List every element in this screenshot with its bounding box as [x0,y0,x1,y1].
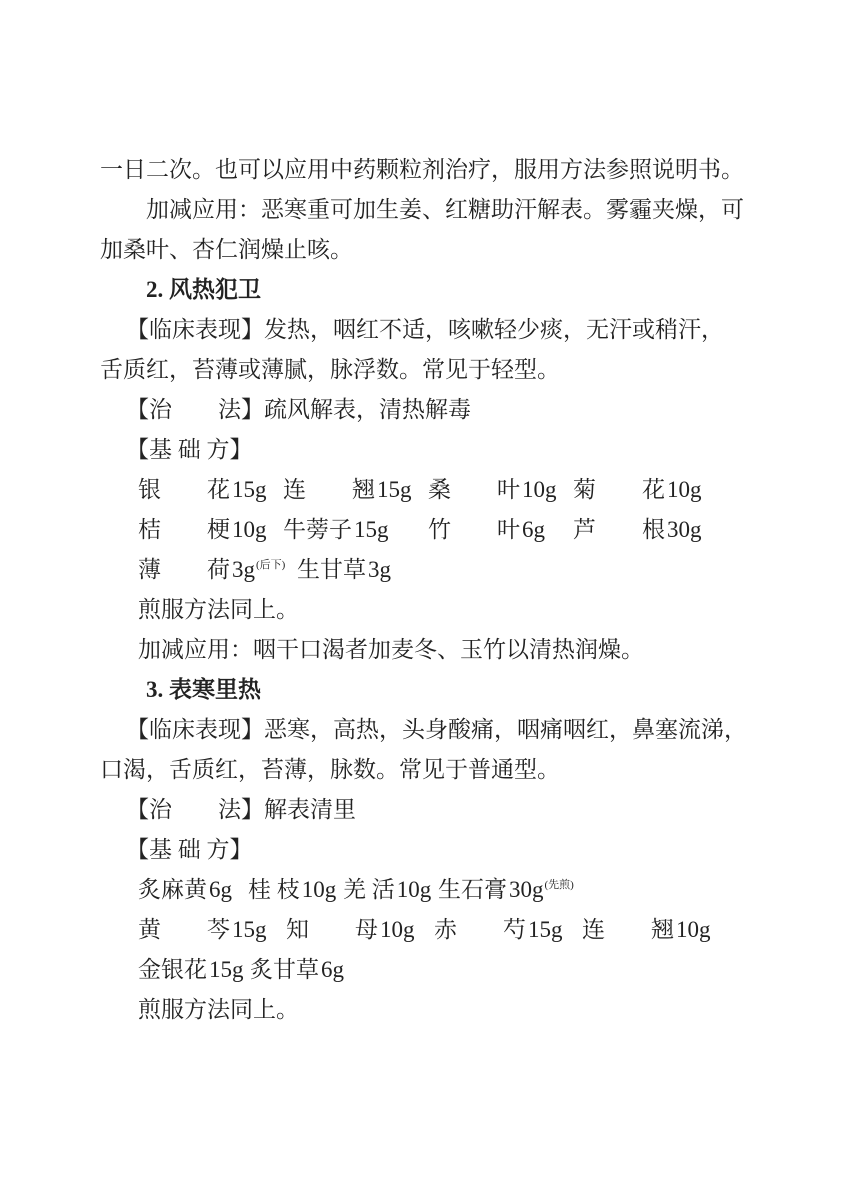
herb-cell: 薄 荷3g(后下) [138,550,297,594]
modification-note-line-1: 加减应用：恶寒重可加生姜、红糖助汗解表。雾霾夹燥，可 [100,190,752,230]
herb-name: 牛蒡子 [283,517,352,542]
section-2-treatment-line: 【治 法】疏风解表，清热解毒 [100,390,752,430]
herb-name: 炙甘草 [250,957,319,982]
herb-name: 银 花 [138,477,230,502]
herb-dose: 15g [528,917,563,942]
herb-row: 桔 梗10g 牛蒡子15g 竹 叶6g 芦 根30g [100,510,752,550]
herb-cell: 连 翘10g [582,910,711,950]
herb-name: 桂 枝 [248,877,300,902]
herb-name: 炙麻黄 [138,877,207,902]
herb-name: 桔 梗 [138,517,230,542]
section-3-clinical-line-2: 口渴，舌质红，苔薄，脉数。常见于普通型。 [100,750,752,790]
herb-cell: 炙甘草6g [250,950,344,990]
herb-note-superscript: (先煎) [545,879,574,891]
herb-cell: 竹 叶6g [428,510,573,550]
herb-name: 菊 花 [573,477,665,502]
section-3-clinical-line-1: 【临床表现】恶寒，高热，头身酸痛，咽痛咽红，鼻塞流涕， [100,710,752,750]
herb-cell: 桂 枝10g [248,870,343,910]
herb-cell: 炙麻黄6g [138,870,248,910]
herb-name: 连 翘 [582,917,674,942]
document-page: 一日二次。也可以应用中药颗粒剂治疗，服用方法参照说明书。 加减应用：恶寒重可加生… [0,0,850,1202]
herb-cell: 连 翘15g [283,470,428,510]
herb-cell: 赤 芍15g [434,910,582,950]
herb-cell: 银 花15g [138,470,283,510]
herb-dose: 30g [509,877,544,902]
herb-dose: 6g [522,517,545,542]
herb-dose: 10g [380,917,415,942]
herb-name: 生石膏 [438,877,507,902]
herb-name: 桑 叶 [428,477,520,502]
document-body: 一日二次。也可以应用中药颗粒剂治疗，服用方法参照说明书。 加减应用：恶寒重可加生… [100,150,752,1030]
herb-dose: 10g [676,917,711,942]
herb-dose: 10g [397,877,432,902]
herb-dose: 15g [232,917,267,942]
herb-dose: 6g [209,877,232,902]
section-2-base-formula-label: 【基 础 方】 [100,430,752,470]
herb-dose: 10g [232,517,267,542]
section-3-treatment-line: 【治 法】解表清里 [100,790,752,830]
herb-dose: 10g [302,877,337,902]
section-2-decoction-note: 煎服方法同上。 [100,590,752,630]
herb-row: 炙麻黄6g 桂 枝10g 羌 活10g 生石膏30g(先煎) [100,870,752,910]
herb-cell: 知 母10g [286,910,434,950]
herb-name: 知 母 [286,917,378,942]
herb-name: 竹 叶 [428,517,520,542]
herb-dose: 3g [232,557,255,582]
herb-name: 生甘草 [297,557,366,582]
section-3-decoction-note: 煎服方法同上。 [100,990,752,1030]
herb-cell: 金银花15g [138,950,250,990]
herb-cell: 羌 活10g [343,870,438,910]
herb-name: 金银花 [138,957,207,982]
herb-cell: 桔 梗10g [138,510,283,550]
modification-note-line-2: 加桑叶、杏仁润燥止咳。 [100,230,752,270]
body-text-line: 一日二次。也可以应用中药颗粒剂治疗，服用方法参照说明书。 [100,150,752,190]
herb-note-superscript: (后下) [256,559,285,571]
herb-cell: 牛蒡子15g [283,510,428,550]
herb-name: 薄 荷 [138,557,230,582]
herb-cell: 黄 芩15g [138,910,286,950]
section-3-base-formula-label: 【基 础 方】 [100,830,752,870]
herb-dose: 3g [368,557,391,582]
herb-name: 赤 芍 [434,917,526,942]
herb-name: 羌 活 [343,877,395,902]
herb-cell: 生石膏30g(先煎) [438,870,574,914]
herb-dose: 15g [354,517,389,542]
herb-name: 芦 根 [573,517,665,542]
herb-dose: 10g [522,477,557,502]
herb-dose: 6g [321,957,344,982]
herb-dose: 15g [232,477,267,502]
herb-name: 黄 芩 [138,917,230,942]
herb-row: 金银花15g 炙甘草6g [100,950,752,990]
herb-cell: 桑 叶10g [428,470,573,510]
herb-dose: 10g [667,477,702,502]
section-2-clinical-line-1: 【临床表现】发热，咽红不适，咳嗽轻少痰，无汗或稍汗， [100,310,752,350]
section-3-heading: 3. 表寒里热 [100,670,752,710]
herb-row: 黄 芩15g 知 母10g 赤 芍15g 连 翘10g [100,910,752,950]
herb-dose: 15g [377,477,412,502]
herb-cell: 芦 根30g [573,510,702,550]
herb-cell: 菊 花10g [573,470,702,510]
herb-cell: 生甘草3g [297,550,391,590]
herb-row: 银 花15g 连 翘15g 桑 叶10g 菊 花10g [100,470,752,510]
section-2-clinical-line-2: 舌质红，苔薄或薄腻，脉浮数。常见于轻型。 [100,350,752,390]
section-2-heading: 2. 风热犯卫 [100,270,752,310]
herb-dose: 15g [209,957,244,982]
section-2-modification-note: 加减应用：咽干口渴者加麦冬、玉竹以清热润燥。 [100,630,752,670]
herb-name: 连 翘 [283,477,375,502]
herb-dose: 30g [667,517,702,542]
herb-row: 薄 荷3g(后下) 生甘草3g [100,550,752,590]
